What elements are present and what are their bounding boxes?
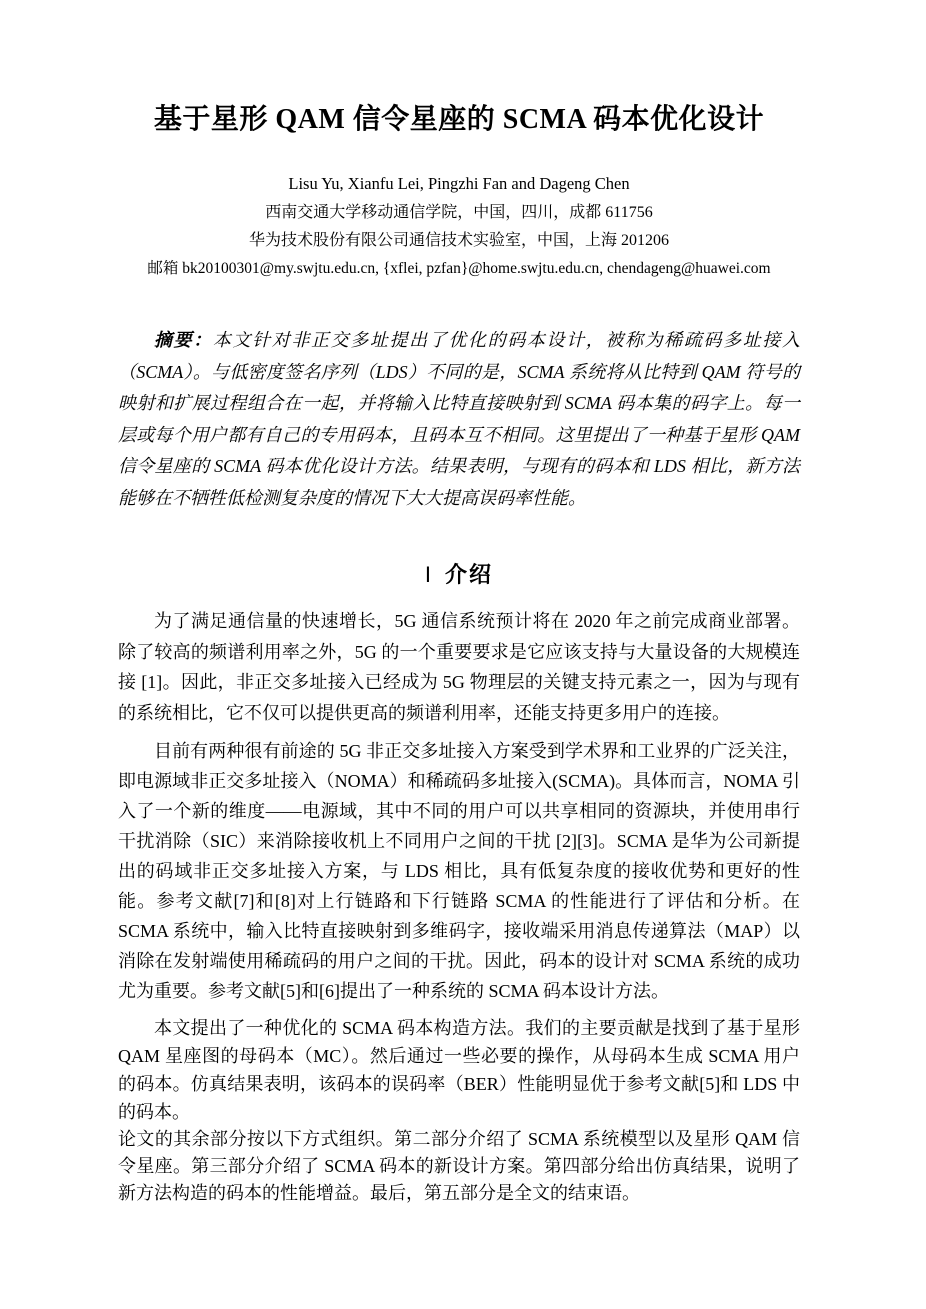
affiliation-line-2: 华为技术股份有限公司通信技术实验室，中国，上海 201206 xyxy=(118,230,800,251)
intro-paragraph-3: 本文提出了一种优化的 SCMA 码本构造方法。我们的主要贡献是找到了基于星形 Q… xyxy=(118,1014,800,1126)
section-title: 介绍 xyxy=(445,562,493,587)
email-line: 邮箱 bk20100301@my.swjtu.edu.cn, {xflei, p… xyxy=(118,259,800,279)
intro-paragraph-4: 论文的其余部分按以下方式组织。第二部分介绍了 SCMA 系统模型以及星形 QAM… xyxy=(118,1126,800,1207)
abstract-label: 摘要： xyxy=(154,330,213,350)
affiliation-line-1: 西南交通大学移动通信学院，中国，四川，成都 611756 xyxy=(118,202,800,223)
section-numeral: I xyxy=(425,562,431,587)
document-page: 基于星形 QAM 信令星座的 SCMA 码本优化设计 Lisu Yu, Xian… xyxy=(0,0,926,1309)
section-heading-introduction: I介绍 xyxy=(118,560,800,590)
paper-title: 基于星形 QAM 信令星座的 SCMA 码本优化设计 xyxy=(118,100,800,140)
intro-paragraph-1: 为了满足通信量的快速增长，5G 通信系统预计将在 2020 年之前完成商业部署。… xyxy=(118,606,800,728)
authors-line: Lisu Yu, Xianfu Lei, Pingzhi Fan and Dag… xyxy=(118,173,800,195)
abstract-text: 本文针对非正交多址提出了优化的码本设计，被称为稀疏码多址接入（SCMA）。与低密… xyxy=(118,330,800,508)
intro-paragraph-2: 目前有两种很有前途的 5G 非正交多址接入方案受到学术界和工业界的广泛关注，即电… xyxy=(118,736,800,1006)
abstract: 摘要：本文针对非正交多址提出了优化的码本设计，被称为稀疏码多址接入（SCMA）。… xyxy=(118,325,800,514)
